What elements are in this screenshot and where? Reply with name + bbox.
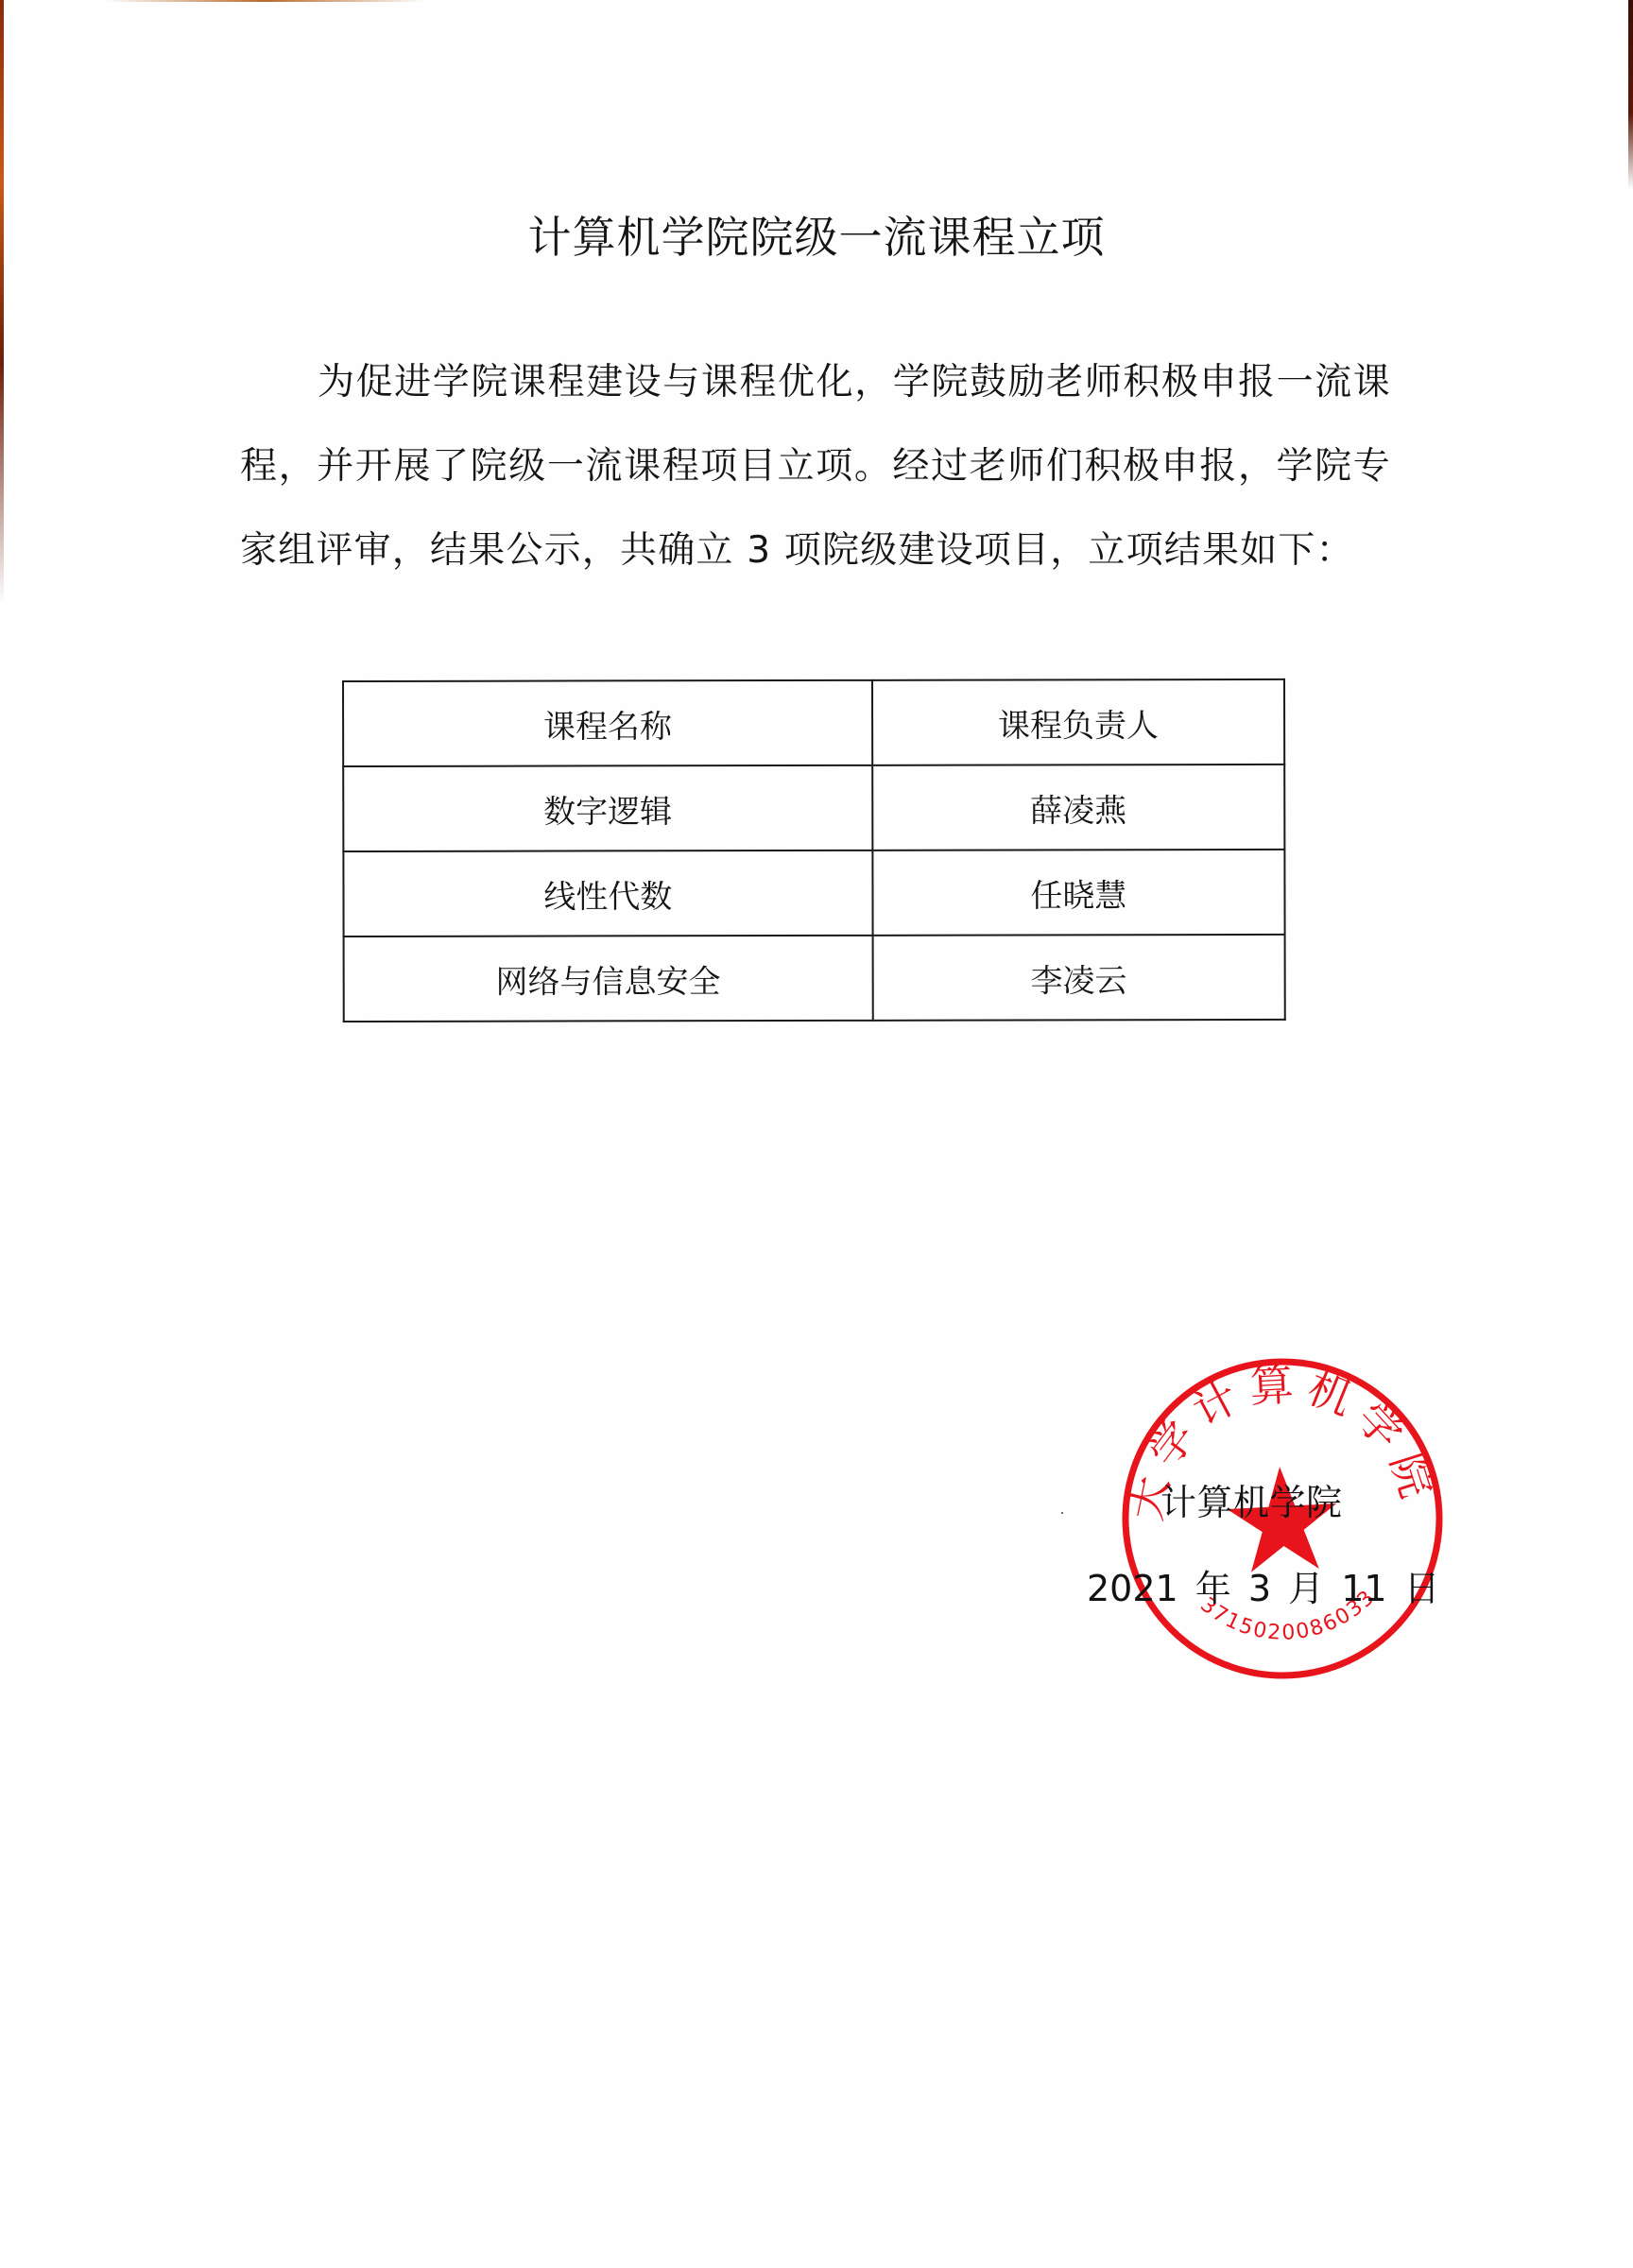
table-row: 网络与信息安全 李凌云 — [344, 935, 1285, 1022]
cell-course-name: 线性代数 — [343, 850, 872, 936]
header-course-name: 课程名称 — [343, 680, 872, 766]
course-table: 课程名称 课程负责人 数字逻辑 薛凌燕 线性代数 任晓慧 网络与信息安全 李凌云 — [342, 679, 1286, 1022]
scan-edge-top — [104, 0, 425, 2]
header-course-owner: 课程负责人 — [872, 679, 1284, 765]
document-page: 计算机学院院级一流课程立项 为促进学院课程建设与课程优化，学院鼓励老师积极申报一… — [0, 0, 1633, 2268]
table-row: 线性代数 任晓慧 — [343, 850, 1284, 936]
cell-course-name: 网络与信息安全 — [344, 936, 873, 1022]
body-paragraph: 为促进学院课程建设与课程优化，学院鼓励老师积极申报一流课程，并开展了院级一流课程… — [240, 340, 1391, 593]
document-title: 计算机学院院级一流课程立项 — [0, 209, 1633, 266]
cell-course-name: 数字逻辑 — [343, 765, 872, 851]
signature-date: 2021 年 3 月 11 日 — [1087, 1565, 1440, 1612]
scan-edge-left — [0, 0, 4, 605]
table-row: 数字逻辑 薛凌燕 — [343, 765, 1284, 851]
cell-course-owner: 李凌云 — [872, 935, 1284, 1021]
table-header-row: 课程名称 课程负责人 — [343, 679, 1284, 766]
cell-course-owner: 薛凌燕 — [872, 765, 1284, 850]
scan-speck — [1061, 1512, 1063, 1514]
cell-course-owner: 任晓慧 — [872, 850, 1284, 936]
scan-edge-right — [1628, 0, 1633, 189]
signature-org: 计算机学院 — [1160, 1480, 1343, 1525]
